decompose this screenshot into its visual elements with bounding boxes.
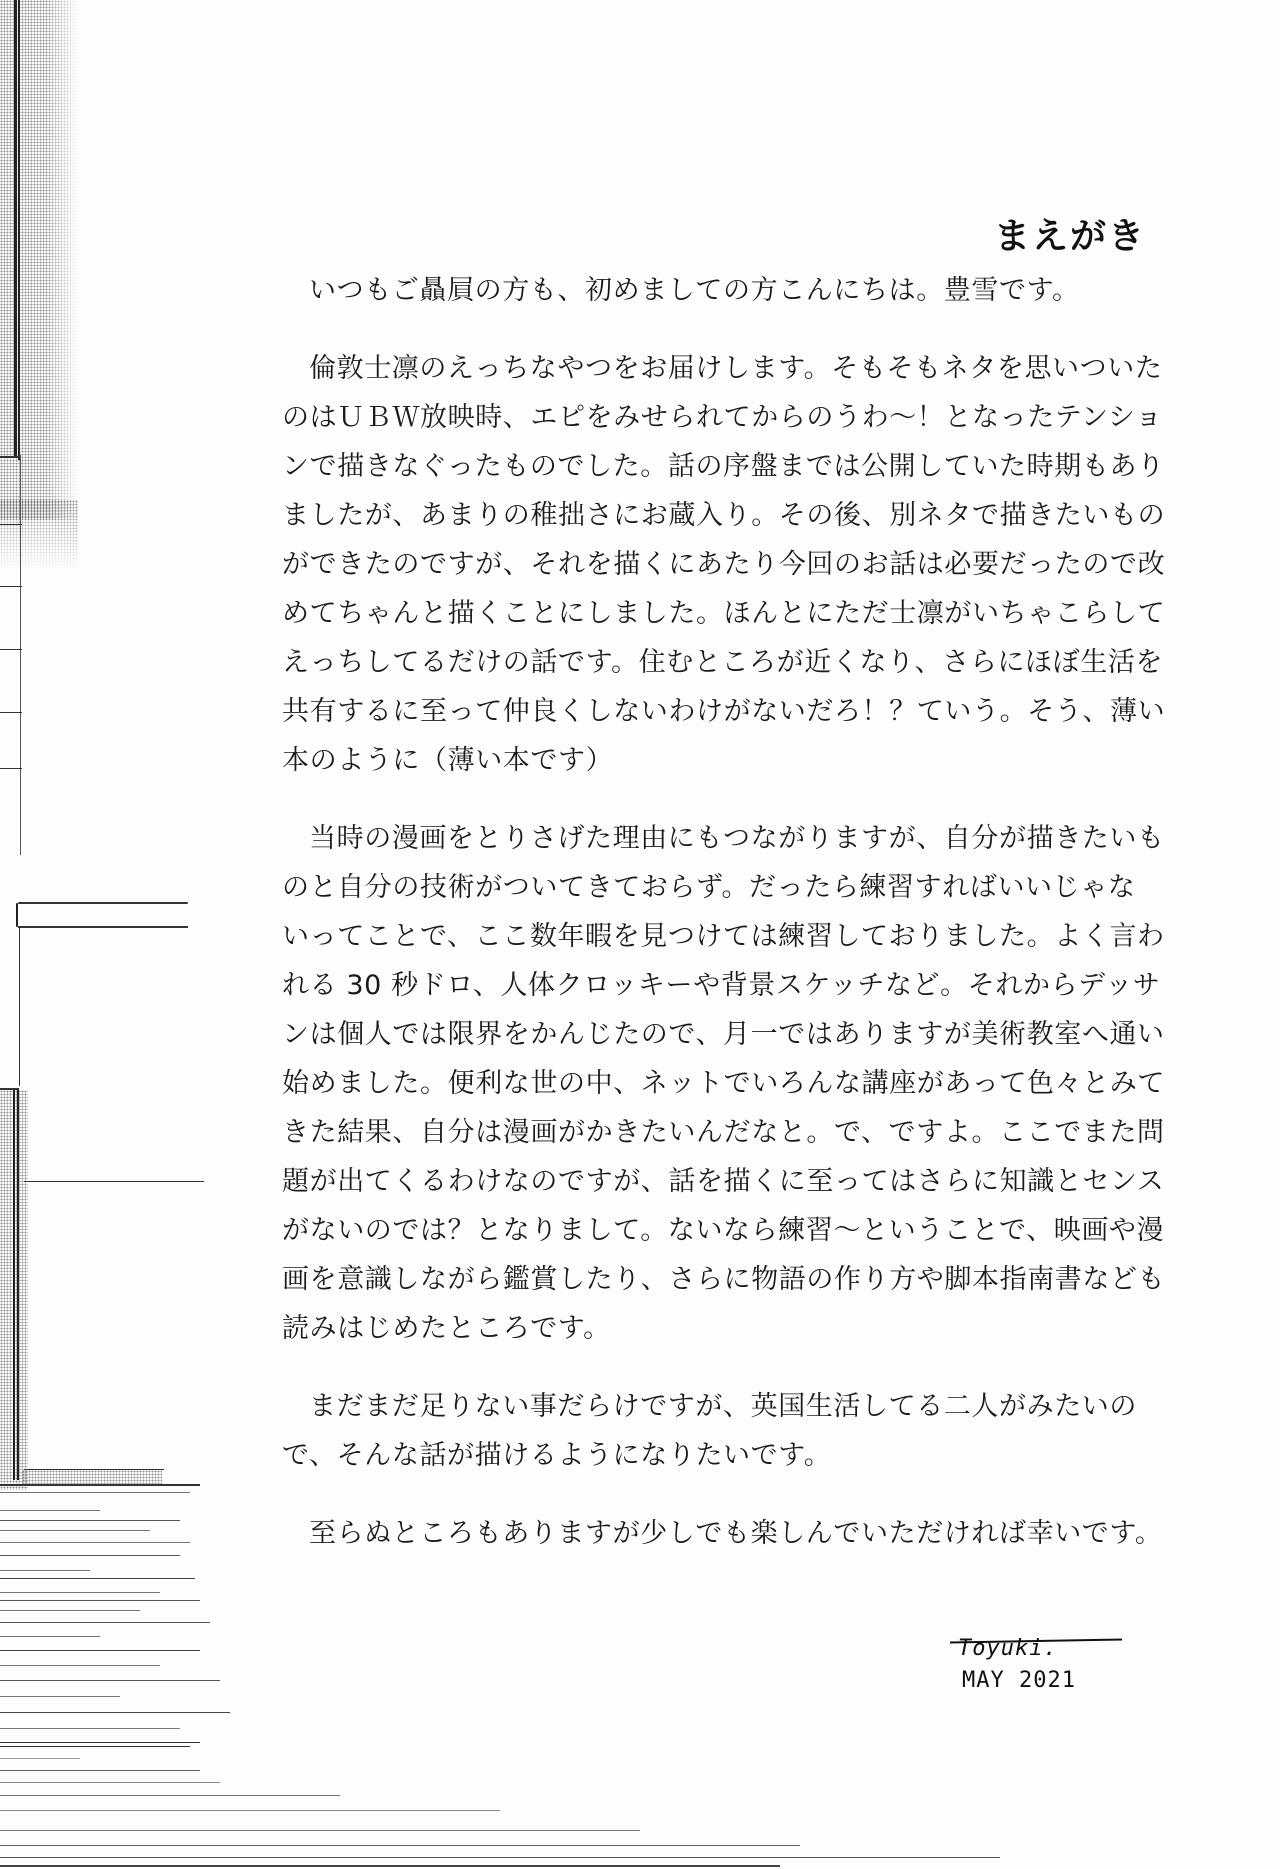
panel-border-line [14, 0, 17, 458]
paragraph-closing: 至らぬところもありますが少しでも楽しんでいただければ幸いです。 [282, 1509, 1162, 1558]
text-line: ができたのですが、それを描くにあたり今回のお話は必要だったので改 [255, 540, 1162, 589]
paragraph-aspiration: まだまだ足りない事だらけですが、英国生活してる二人がみたいの で、そんな話が描け… [282, 1382, 1162, 1480]
text-line: 至らぬところもありますが少しでも楽しんでいただければ幸いです。 [282, 1509, 1162, 1558]
panel-border-line [20, 455, 21, 855]
screentone-strip [22, 1470, 162, 1484]
text-line: 題が出てくるわけなのですが、話を描くに至ってはさらに知識とセンス [255, 1157, 1162, 1206]
panel-border-line [19, 926, 20, 1086]
panel-border-line [13, 1088, 15, 1480]
panel-border-line [17, 1088, 19, 1480]
panel-border-line [0, 768, 22, 769]
paragraph-intro: 倫敦士凛のえっちなやつをお届けします。そもそもネタを思いついた のはＵＢＷ放映時… [282, 344, 1162, 785]
screentone-top [0, 0, 78, 520]
text-line: ンで描きなぐったものでした。話の序盤までは公開していた時期もあり [255, 442, 1162, 491]
preface-body: いつもご贔屓の方も、初めましての方こんにちは。豊雪です。 倫敦士凛のえっちなやつ… [282, 266, 1162, 1587]
panel-border-line [0, 649, 22, 650]
text-line: ましたが、あまりの稚拙さにお蔵入り。その後、別ネタで描きたいもの [255, 491, 1162, 540]
text-line: まだまだ足りない事だらけですが、英国生活してる二人がみたいの [282, 1382, 1162, 1431]
text-line: えっちしてるだけの話です。住むところが近くなり、さらにほぼ生活を [255, 638, 1162, 687]
text-line: れる 30 秒ドロ、人体クロッキーや背景スケッチなど。それからデッサ [255, 961, 1162, 1010]
panel-border-line [16, 903, 18, 927]
panel-border-line [0, 1088, 18, 1090]
text-line: 画を意識しながら鑑賞したり、さらに物語の作り方や脚本指南書なども [255, 1255, 1162, 1304]
panel-border-line [0, 456, 20, 458]
panel-border-line [0, 524, 22, 525]
text-line: のはＵＢＷ放映時、エピをみせられてからのうわ～！となったテンショ [255, 393, 1162, 442]
panel-border-line [18, 926, 188, 928]
panel-border-line [18, 902, 188, 904]
signature-date: MAY 2021 [962, 1668, 1076, 1693]
panel-border-line [18, 0, 20, 460]
text-line: ンは個人では限界をかんじたので、月一ではありますが美術教室へ通い [255, 1010, 1162, 1059]
paragraph-greeting: いつもご贔屓の方も、初めましての方こんにちは。豊雪です。 [282, 266, 1162, 315]
text-line: のと自分の技術がついてきておらず。だったら練習すればいいじゃな [255, 863, 1162, 912]
text-line: きた結果、自分は漫画がかきたいんだなと。で、ですよ。ここでまた問 [255, 1108, 1162, 1157]
text-line: 共有するに至って仲良くしないわけがないだろ！？ていう。そう、薄い [255, 687, 1162, 736]
text-line: 本のように（薄い本です） [255, 736, 1162, 785]
panel-border-line [24, 1181, 204, 1182]
panel-border-line [0, 712, 22, 713]
panel-border-line [0, 586, 22, 587]
panel-border-line [0, 1484, 200, 1486]
text-line: 倫敦士凛のえっちなやつをお届けします。そもそもネタを思いついた [282, 344, 1162, 393]
manga-panel-border-art [0, 0, 90, 1869]
text-line: で、そんな話が描けるようになりたいです。 [255, 1431, 1162, 1480]
text-line: いつもご贔屓の方も、初めましての方こんにちは。豊雪です。 [282, 266, 1162, 315]
text-line: いってことで、ここ数年暇を見つけては練習しておりました。よく言わ [255, 912, 1162, 961]
paragraph-practice: 当時の漫画をとりさげた理由にもつながりますが、自分が描きたいも のと自分の技術が… [282, 814, 1162, 1353]
author-signature: Toyuki. MAY 2021 [950, 1636, 1130, 1706]
text-line: がないのでは？となりまして。ないなら練習～ということで、映画や漫 [255, 1206, 1162, 1255]
text-line: 読みはじめたところです。 [255, 1304, 1162, 1353]
signature-name: Toyuki. [958, 1636, 1058, 1661]
screentone-fade [0, 500, 78, 570]
page-title: まえがき [994, 208, 1146, 259]
text-line: 始めました。便利な世の中、ネットでいろんな講座があって色々とみて [255, 1059, 1162, 1108]
text-line: 当時の漫画をとりさげた理由にもつながりますが、自分が描きたいも [282, 814, 1162, 863]
text-line: めてちゃんと描くことにしました。ほんとにただ士凛がいちゃこらして [255, 589, 1162, 638]
